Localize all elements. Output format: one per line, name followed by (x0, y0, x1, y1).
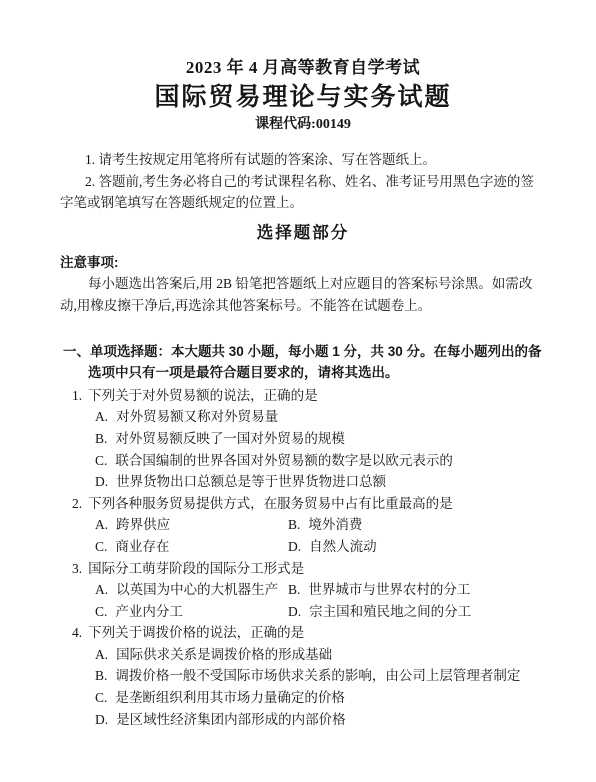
option-label: D. (288, 604, 301, 619)
question-text: 4.下列关于调拨价格的说法，正确的是 (60, 622, 546, 644)
question-text: 1.下列关于对外贸易额的说法，正确的是 (60, 385, 546, 407)
question: 4.下列关于调拨价格的说法，正确的是A.国际供求关系是调拨价格的形成基础B.调拨… (60, 622, 546, 730)
exam-title-line1: 2023 年 4 月高等教育自学考试 (60, 56, 546, 79)
option: B.世界城市与世界农村的分工 (288, 579, 546, 601)
option: A.国际供求关系是调拨价格的形成基础 (60, 644, 546, 666)
question-number: 2. (72, 496, 82, 511)
option: A.跨界供应 (95, 514, 288, 536)
section-header: 选择题部分 (60, 222, 546, 244)
course-code: 课程代码:00149 (60, 115, 546, 134)
question: 3.国际分工萌芽阶段的国际分工形式是A.以英国为中心的大机器生产B.世界城市与世… (60, 558, 546, 623)
question: 2.下列各种服务贸易提供方式，在服务贸易中占有比重最高的是A.跨界供应B.境外消… (60, 493, 546, 558)
option: D.宗主国和殖民地之间的分工 (288, 601, 546, 623)
options: A.跨界供应B.境外消费C.商业存在D.自然人流动 (60, 514, 546, 557)
exam-paper: 2023 年 4 月高等教育自学考试 国际贸易理论与实务试题 课程代码:0014… (0, 0, 596, 782)
notes-block: 注意事项: 每小题选出答案后,用 2B 铅笔把答题纸上对应题目的答案标号涂黑。如… (60, 252, 546, 317)
option-label: D. (95, 474, 108, 489)
option-label: B. (95, 668, 107, 683)
option: A.对外贸易额又称对外贸易量 (60, 406, 546, 428)
instruction-item-1: 1. 请考生按规定用笔将所有试题的答案涂、写在答题纸上。 (60, 149, 546, 171)
option-label: A. (95, 517, 108, 532)
options: A.以英国为中心的大机器生产B.世界城市与世界农村的分工C.产业内分工D.宗主国… (60, 579, 546, 622)
exam-instructions: 1. 请考生按规定用笔将所有试题的答案涂、写在答题纸上。 2. 答题前,考生务必… (60, 149, 546, 214)
option-label: A. (95, 647, 108, 662)
options: A.国际供求关系是调拨价格的形成基础B.调拨价格一般不受国际市场供求关系的影响，… (60, 644, 546, 730)
option-label: C. (95, 690, 107, 705)
part-one-header: 一、单项选择题：本大题共 30 小题，每小题 1 分，共 30 分。在每小题列出… (60, 341, 546, 384)
option-label: C. (95, 453, 107, 468)
option-label: B. (95, 431, 107, 446)
option: B.调拨价格一般不受国际市场供求关系的影响，由公司上层管理者制定 (60, 665, 546, 687)
exam-title-line2: 国际贸易理论与实务试题 (60, 82, 546, 113)
question-number: 4. (72, 625, 82, 640)
question-number: 1. (72, 388, 82, 403)
option: C.是垄断组织利用其市场力量确定的价格 (60, 687, 546, 709)
option: C.商业存在 (95, 536, 288, 558)
question: 1.下列关于对外贸易额的说法，正确的是A.对外贸易额又称对外贸易量B.对外贸易额… (60, 385, 546, 493)
option: D.是区域性经济集团内部形成的内部价格 (60, 709, 546, 731)
option-label: D. (95, 712, 108, 727)
questions: 1.下列关于对外贸易额的说法，正确的是A.对外贸易额又称对外贸易量B.对外贸易额… (60, 385, 546, 731)
option-label: C. (95, 539, 107, 554)
option-label: A. (95, 582, 108, 597)
option: C.联合国编制的世界各国对外贸易额的数字是以欧元表示的 (60, 450, 546, 472)
options: A.对外贸易额又称对外贸易量B.对外贸易额反映了一国对外贸易的规模C.联合国编制… (60, 406, 546, 492)
instruction-item-2: 2. 答题前,考生务必将自己的考试课程名称、姓名、准考证号用黑色字迹的签字笔或钢… (60, 171, 546, 214)
question-text: 3.国际分工萌芽阶段的国际分工形式是 (60, 558, 546, 580)
option-label: B. (288, 517, 300, 532)
notes-body: 每小题选出答案后,用 2B 铅笔把答题纸上对应题目的答案标号涂黑。如需改动,用橡… (60, 273, 546, 316)
option: C.产业内分工 (95, 601, 288, 623)
option: D.世界货物出口总额总是等于世界货物进口总额 (60, 471, 546, 493)
option: D.自然人流动 (288, 536, 546, 558)
option-label: A. (95, 409, 108, 424)
option: A.以英国为中心的大机器生产 (95, 579, 288, 601)
option-label: D. (288, 539, 301, 554)
option: B.境外消费 (288, 514, 546, 536)
option: B.对外贸易额反映了一国对外贸易的规模 (60, 428, 546, 450)
option-label: B. (288, 582, 300, 597)
question-text: 2.下列各种服务贸易提供方式，在服务贸易中占有比重最高的是 (60, 493, 546, 515)
option-label: C. (95, 604, 107, 619)
notes-label: 注意事项: (60, 252, 546, 274)
question-number: 3. (72, 561, 82, 576)
